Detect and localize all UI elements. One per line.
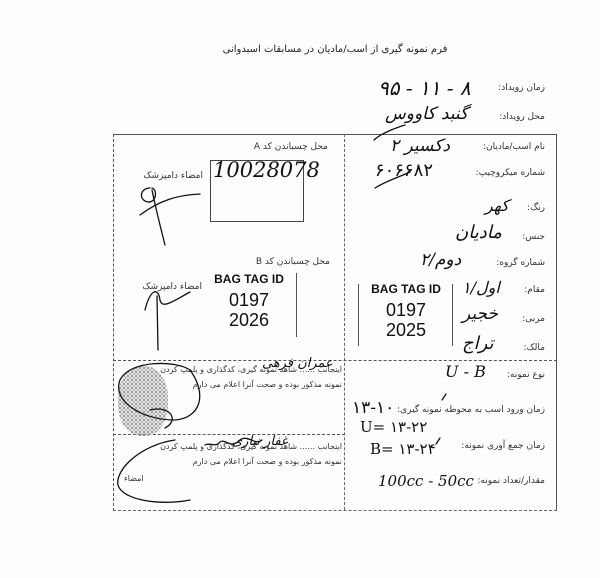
signature-strokes <box>0 0 600 578</box>
